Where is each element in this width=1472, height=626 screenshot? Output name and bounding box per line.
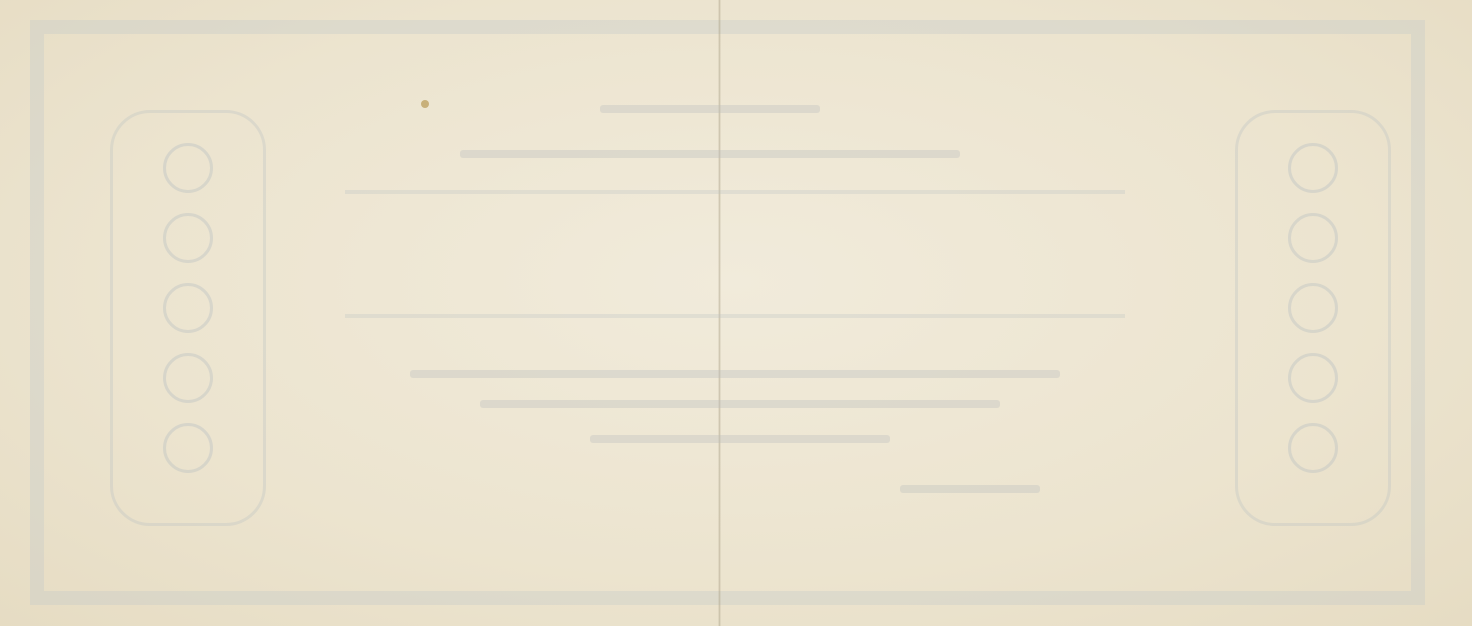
banknote-paper [0,0,1472,626]
right-ornament-panel [1235,110,1391,526]
stain-spot [421,100,429,108]
ornament-ring [1288,213,1338,263]
ornament-ring [163,283,213,333]
faint-title-block [345,190,1125,318]
left-ornament-panel [110,110,266,526]
ornament-ring [1288,353,1338,403]
faint-text-line [900,485,1040,493]
ornament-ring [1288,143,1338,193]
faint-text-line [480,400,1000,408]
ornament-ring [163,423,213,473]
ornament-ring [163,353,213,403]
ornament-ring [1288,423,1338,473]
ornament-ring [1288,283,1338,333]
ornament-ring [163,213,213,263]
faint-text-line [460,150,960,158]
faint-text-line [410,370,1060,378]
faint-text-line [600,105,820,113]
ornament-ring [163,143,213,193]
faint-text-line [590,435,890,443]
